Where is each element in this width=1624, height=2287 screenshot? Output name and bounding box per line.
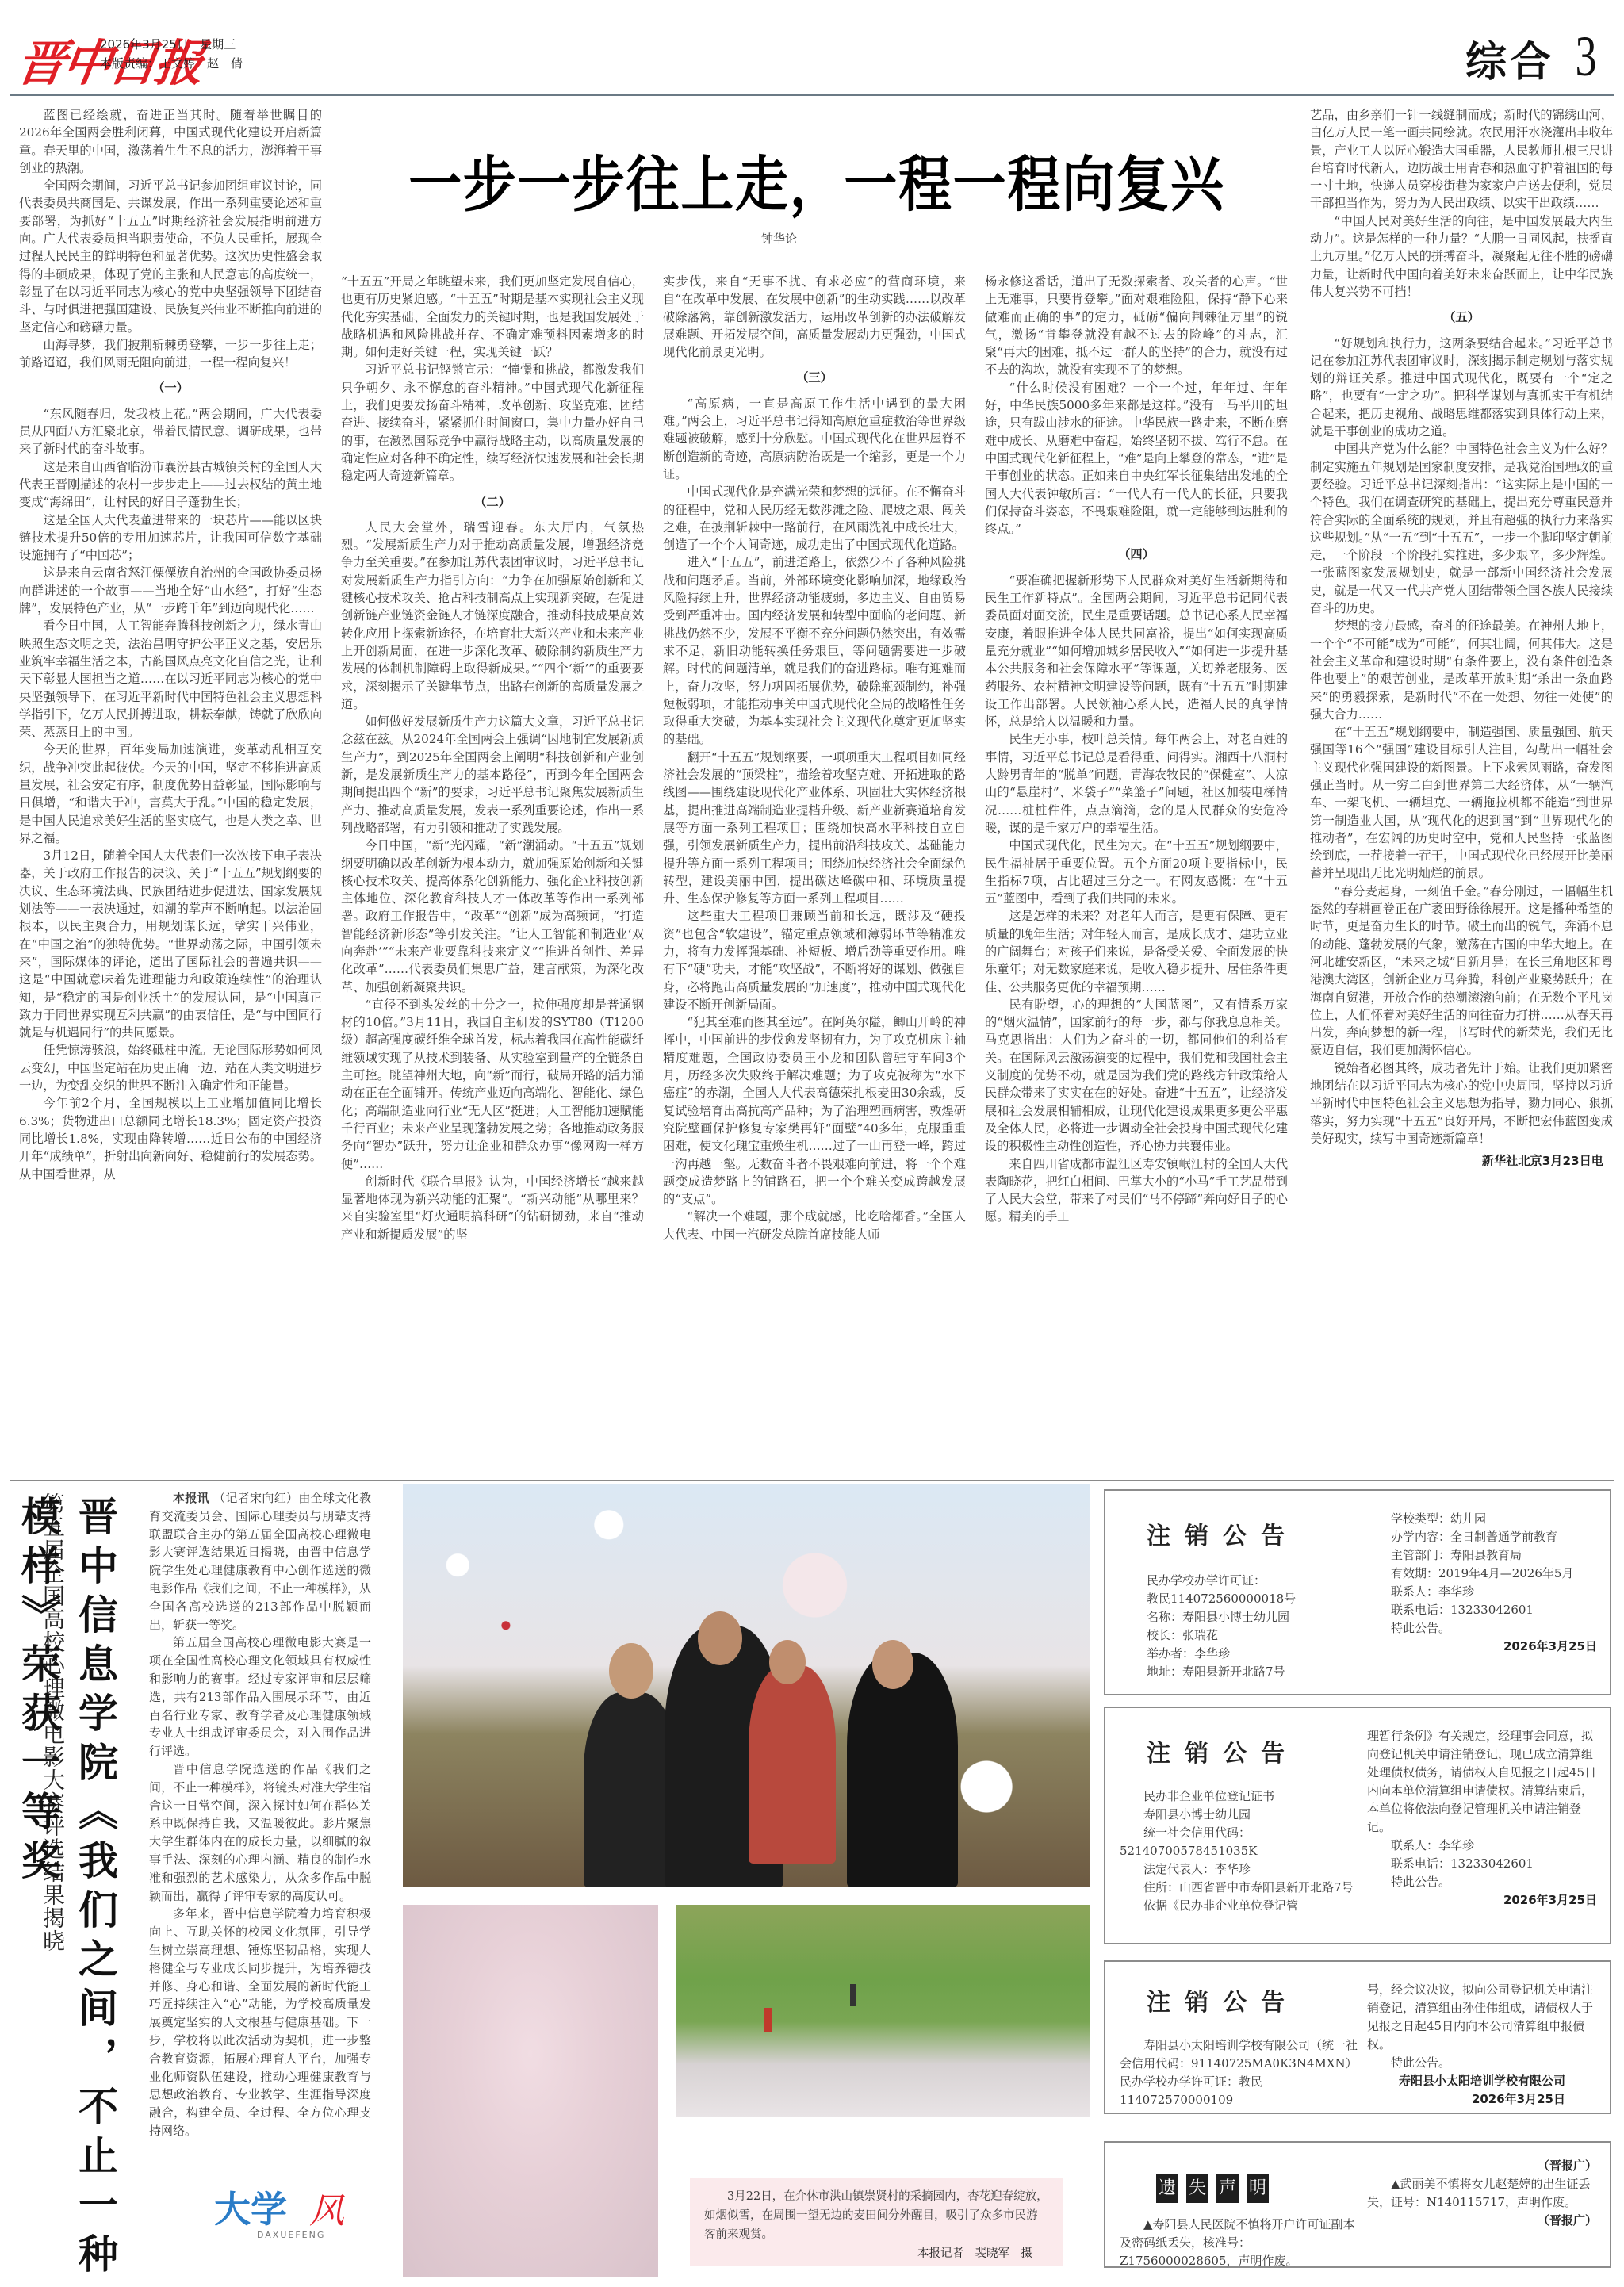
paragraph: 翻开“十五五”规划纲要，一项项重大工程项目如同经济社会发展的“顶梁柱”，描绘着攻…: [663, 749, 966, 908]
cancellation-notice-1: 注销公告 民办学校办学许可证： 教民114072560000018号 名称：寿阳…: [1104, 1489, 1611, 1695]
notice-date: 2026年3月25日: [1367, 2090, 1597, 2109]
photo-credit: 本报记者 裴晓军 摄: [704, 2244, 1048, 2263]
lost-item-1: ▲寿阳县人民医院不慎将开户许可证副本及密码纸丢失，核准号：Z1756000028…: [1120, 2216, 1358, 2270]
paragraph: 在“十五五”规划纲要中，制造强国、质量强国、航天强国等16个“强国”建设目标引人…: [1310, 723, 1613, 883]
notice-left-column: 民办学校办学许可证： 教民114072560000018号 名称：寿阳县小博士幼…: [1147, 1572, 1369, 1681]
masthead: 晋中日报 2026年3月25日 星期三 本版责编：王文婷 赵 倩 综合 3: [0, 0, 1624, 95]
paragraph: “犯其至难而图其至远”。在阿英尔隘，鲫山开岭的神挥中，中国前进的步伐愈发坚韧有力…: [663, 1013, 966, 1208]
paragraph: 创新时代《联合早报》认为，中国经济增长“越来越显著地体现为新兴动能的汇聚”。“新…: [341, 1173, 644, 1243]
paragraph: 杨永修这番话，道出了无数探索者、攻关者的心声。“世上无难事，只要肯登攀。”面对艰…: [985, 273, 1288, 379]
section-marker: （四）: [985, 546, 1288, 563]
notice-title: 注销公告: [1147, 1994, 1299, 2012]
paragraph: 蓝图已经绘就，奋进正当其时。随着举世瞩目的2026年全国两会胜利闭幕，中国式现代…: [19, 106, 322, 177]
paragraph: 梦想的接力最感，奋斗的征途最美。在神州大地上，一个个“不可能”成为“可能”，何其…: [1310, 617, 1613, 723]
lost-item-2: ▲武丽美不慎将女儿赵楚婷的出生证丢失，证号：N140115717，声明作废。: [1367, 2175, 1597, 2212]
notice-date: 2026年3月25日: [1367, 1891, 1597, 1910]
page-number: 3: [1576, 24, 1597, 90]
article-column-2: “十五五”开局之年眺望未来，我们更加坚定发展自信心，也更有历史紧迫感。“十五五”…: [341, 273, 644, 1470]
page-editors: 本版责编：王文婷 赵 倩: [100, 54, 243, 73]
paragraph: 实步伐，来自“无事不扰、有求必应”的营商环境，来自“在改革中发展、在发展中创新”…: [663, 273, 966, 361]
paragraph: 任凭惊涛骇浪，始终砥柱中流。无论国际形势如何风云变幻，中国坚定站在历史正确一边、…: [19, 1041, 322, 1094]
paragraph: 第五届全国高校心理微电影大赛是一项在全国性高校心理文化领域具有权威性和影响力的赛…: [149, 1634, 371, 1760]
paragraph: 艺品，由乡亲们一针一线缝制而成；新时代的锦绣山河，由亿万人民一笔一画共同绘就。农…: [1310, 106, 1613, 213]
paragraph: 本报讯 （记者宋向红）由全球文化教育交流委员会、国际心理委员与朋辈支持联盟联合主…: [149, 1489, 371, 1634]
section-marker: （二）: [341, 493, 644, 511]
paragraph: 民生无小事，枝叶总关情。每年两会上，对老百姓的事情，习近平总书记总是看得重、问得…: [985, 730, 1288, 837]
notice-right-column: 号，经会议决议，拟向公司登记机关申请注销登记，清算组由孙佳伟组成，请债权人于见报…: [1367, 1981, 1597, 2109]
paragraph: 看今日中国，人工智能奔腾科技创新之力，绿水青山映照生态文明之美，法治昌明守护公平…: [19, 617, 322, 741]
notice-left-column: 民办非企业单位登记证书 寿阳县小博士幼儿园 统一社会信用代码：521407005…: [1120, 1787, 1358, 1915]
article-column-1: 蓝图已经绘就，奋进正当其时。随着举世瞩目的2026年全国两会胜利闭幕，中国式现代…: [19, 106, 322, 1470]
notice-title: 注销公告: [1147, 1745, 1299, 1763]
paragraph: “好规划和执行力，这两条要结合起来。”习近平总书记在参加江苏代表团审议时，深刻揭…: [1310, 335, 1613, 441]
paragraph: 中国式现代化是充满光荣和梦想的远征。在不懈奋斗的征程中，党和人民历经无数涉滩之险…: [663, 483, 966, 554]
notice-right-column: 理暂行条例》有关规定，经理事会同意，拟向登记机关申请注销登记，现已成立清算组处理…: [1367, 1727, 1597, 1910]
paragraph: 多年来，晋中信息学院着力培育积极向上、互助关怀的校园文化氛围，引导学生树立崇高理…: [149, 1905, 371, 2140]
masthead-meta: 2026年3月25日 星期三 本版责编：王文婷 赵 倩: [100, 35, 243, 73]
section-marker: （三）: [663, 369, 966, 386]
photo-caption: 3月22日，在介休市洪山镇崇贤村的采摘园内，杏花迎春绽放，如烟似雪，在周围一望无…: [690, 2178, 1063, 2266]
farmer-figure: [764, 2008, 772, 2032]
paragraph: “春分麦起身，一刻值千金。”春分刚过，一幅幅生机盎然的春耕画卷正在广袤田野徐徐展…: [1310, 883, 1613, 1059]
section-marker: （一）: [19, 379, 322, 396]
logo-english: DAXUEFENG: [257, 2230, 325, 2240]
lost-notice: 遗 失 声 明 ▲寿阳县人民医院不慎将开户许可证副本及密码纸丢失，核准号：Z17…: [1104, 2141, 1611, 2268]
article-column-3: 实步伐，来自“无事不扰、有求必应”的营商环境，来自“在改革中发展、在发展中创新”…: [663, 273, 966, 1470]
notice-right-column: 学校类型：幼儿园 办学内容：全日制普通学前教育 主管部门：寿阳县教育局 有效期：…: [1367, 1510, 1597, 1656]
article-byline: 钟华论: [761, 230, 797, 247]
article-column-5: 艺品，由乡亲们一针一线缝制而成；新时代的锦绣山河，由亿万人民一笔一画共同绘就。农…: [1310, 106, 1613, 1470]
section-marker: （五）: [1310, 308, 1613, 326]
masthead-divider: [10, 94, 1614, 96]
paragraph: “要准确把握新形势下人民群众对美好生活新期待和民生工作新特点”。全国两会期间，习…: [985, 572, 1288, 731]
paragraph: 中国共产党为什么能？中国特色社会主义为什么好？制定实施五年规划是国家制度安排，是…: [1310, 440, 1613, 617]
ad-tag: （晋报广）: [1367, 2157, 1597, 2175]
paragraph: 这是来自山西省临汾市襄汾县古城镇关村的全国人大代表王晋刚描述的农村一步步走上——…: [19, 458, 322, 511]
paragraph: “直径不到头发丝的十分之一，拉伸强度却是普通钢材的10倍。”3月11日，我国自主…: [341, 996, 644, 1173]
paragraph: “中国人民对美好生活的向往，是中国发展最大内生动力”。这是怎样的一种力量？“大鹏…: [1310, 213, 1613, 301]
wheat-field-blossom-photo: [676, 1905, 1090, 2117]
logo-accent-text: 风: [309, 2182, 344, 2233]
caption-text: 3月22日，在介休市洪山镇崇贤村的采摘园内，杏花迎春绽放，如烟似雪，在周围一望无…: [704, 2187, 1048, 2244]
notice-left-column: 寿阳县小太阳培训学校有限公司（统一社会信用代码：91140725MA0K3N4M…: [1120, 2036, 1358, 2109]
article-column-4: 杨永修这番话，道出了无数探索者、攻关者的心声。“世上无难事，只要肯登攀。”面对艰…: [985, 273, 1288, 1470]
logo-main-text: 大学: [214, 2181, 287, 2233]
issue-date: 2026年3月25日: [100, 37, 189, 52]
person-face: [872, 1640, 913, 1689]
paragraph: 进入“十五五”，前进道路上，依然少不了各种风险挑战和问题矛盾。当前，外部环境变化…: [663, 554, 966, 748]
ad-tag: （晋报广）: [1367, 2212, 1597, 2230]
weekday: 星期三: [200, 37, 236, 52]
apricot-blossom-photo-main: [403, 1484, 1090, 1887]
paragraph: 这些重大工程项目兼顾当前和长远，既涉及“硬投资”也包含“软建设”，锚定重点领域和…: [663, 907, 966, 1013]
person-face: [698, 1611, 742, 1665]
paragraph: 山海寻梦，我们披荆斩棘勇登攀，一步一步往上走；前路迢迢，我们风雨无阻向前进，一程…: [19, 336, 322, 372]
paragraph: “高原病，一直是高原工作生活中遇到的最大困难。”两会上，习近平总书记得知高原危重…: [663, 395, 966, 483]
notice-org: 寿阳县小太阳培训学校有限公司: [1367, 2072, 1597, 2090]
story2-body: 本报讯 （记者宋向红）由全球文化教育交流委员会、国际心理委员与朋辈支持联盟联合主…: [149, 1489, 371, 2155]
paragraph: 今日中国，“新”光闪耀，“新”潮涌动。“十五五”规划纲要明确以改革创新为根本动力…: [341, 837, 644, 996]
person-face: [609, 1643, 653, 1699]
farmer-figure: [850, 1984, 856, 2006]
notice-date: 2026年3月25日: [1367, 1638, 1597, 1656]
paragraph: 如何做好发展新质生产力这篇大文章，习近平总书记念兹在兹。从2024年全国两会上强…: [341, 713, 644, 837]
paragraph: “什么时候没有困难？一个一个过，年年过、年年好，中华民族5000多年来都是这样。…: [985, 379, 1288, 538]
paragraph: 全国两会期间，习近平总书记参加团组审议讨论，同代表委员共商国是、共谋发展，作出一…: [19, 177, 322, 336]
person-figure: [749, 1665, 836, 1864]
lead-label: 本报讯: [173, 1491, 209, 1505]
paragraph: 来自四川省成都市温江区寿安镇岷江村的全国人大代表陶晓花，把红白相间、巴掌大小的“…: [985, 1155, 1288, 1226]
paragraph: 今天的世界，百年变局加速演进，变革动乱相互交织，战争冲突此起彼伏。今天的中国，坚…: [19, 741, 322, 847]
paragraph: “解决一个难题，那个成就感，比吃啥都香。”全国人大代表、中国一汽研发总院首席技能…: [663, 1208, 966, 1243]
paragraph: 这是来自云南省怒江傈僳族自治州的全国政协委员杨向群讲述的一个故事——当地全好“山…: [19, 564, 322, 617]
notice-title: 注销公告: [1147, 1527, 1299, 1546]
paragraph: 晋中信息学院选送的作品《我们之间，不止一种模样》，将镜头对准大学生宿舍这一日常空…: [149, 1760, 371, 1905]
story2-title: 晋中信息学院《我们之间，不止一种模样》荣获一等奖: [76, 1496, 124, 2287]
paragraph: 民有盼望，心的理想的“大国蓝图”，又有情系万家的“烟火温情”，国家前行的每一步，…: [985, 996, 1288, 1155]
apricot-blossom-closeup-photo: [403, 1905, 658, 2277]
daxuefeng-logo: 大学 风 DAXUEFENG: [214, 2174, 365, 2246]
paragraph: 中国式现代化，民生为大。在“十五五”规划纲要中，民生福祉居于重要位置。五个方面2…: [985, 837, 1288, 907]
paragraph: “十五五”开局之年眺望未来，我们更加坚定发展自信心，也更有历史紧迫感。“十五五”…: [341, 273, 644, 361]
paragraph: “东风随春归，发我枝上花。”两会期间，广大代表委员从四面八方汇聚北京，带着民情民…: [19, 405, 322, 458]
paragraph: 今年前2个月，全国规模以上工业增加值同比增长6.3%；货物进出口总额同比增长18…: [19, 1094, 322, 1182]
paragraph: 习近平总书记铿锵宣示：“憧憬和挑战，都激发我们只争朝夕、永不懈怠的奋斗精神。”中…: [341, 361, 644, 485]
paragraph: 这是全国人大代表董进带来的一块芯片——能以区块链技术提升50倍的专用加速芯片，让…: [19, 511, 322, 565]
cancellation-notice-2: 注销公告 民办非企业单位登记证书 寿阳县小博士幼儿园 统一社会信用代码：5214…: [1104, 1707, 1611, 1944]
paragraph: 这是怎样的未来？对老年人而言，是更有保障、更有质量的晚年生活；对年轻人而言，是成…: [985, 907, 1288, 995]
cancellation-notice-3: 注销公告 寿阳县小太阳培训学校有限公司（统一社会信用代码：91140725MA0…: [1104, 1960, 1611, 2114]
lost-notice-title: 遗 失 声 明: [1156, 2174, 1269, 2203]
paragraph: 3月12日，随着全国人大代表们一次次按下电子表决器，关于政府工作报告的决议、关于…: [19, 847, 322, 1041]
section-divider: [10, 1480, 1614, 1481]
notice-right-column: （晋报广） ▲武丽美不慎将女儿赵楚婷的出生证丢失，证号：N140115717，声…: [1367, 2157, 1597, 2230]
person-figure: [847, 1653, 958, 1887]
article-headline: 一步一步往上走，一程一程向复兴: [405, 136, 1228, 223]
paragraph: 锐始者必图其终，成功者先计于始。让我们更加紧密地团结在以习近平同志为核心的党中央…: [1310, 1059, 1613, 1147]
person-face: [769, 1640, 806, 1684]
paragraph: 人民大会堂外，瑞雪迎春。东大厅内，气氛热烈。“发展新质生产力对于推动高质量发展，…: [341, 519, 644, 713]
section-title: 综合: [1465, 29, 1554, 88]
dateline-signature: 新华社北京3月23日电: [1310, 1152, 1613, 1170]
